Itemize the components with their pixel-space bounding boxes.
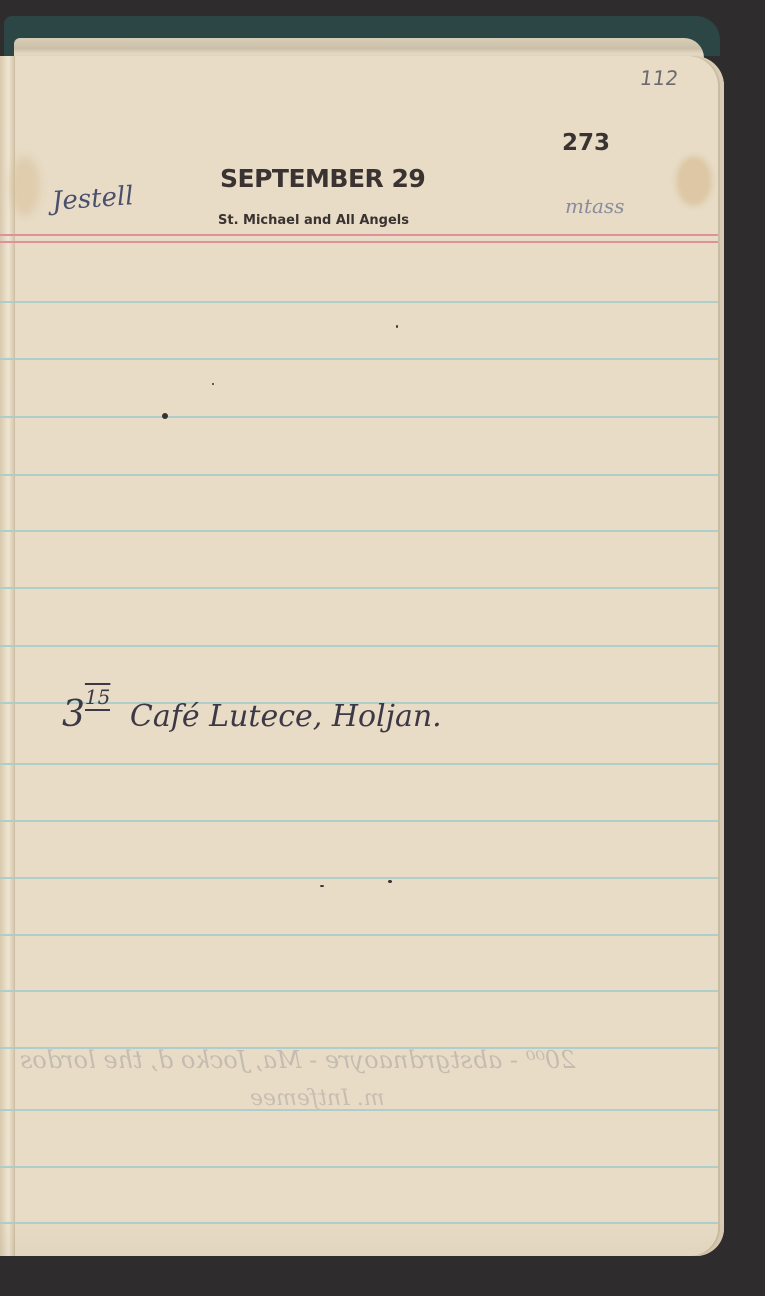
ruled-line [0,763,718,765]
diary-page: 112 273 SEPTEMBER 29 St. Michael and All… [0,56,724,1256]
handwritten-note-top-left: Jestell [51,181,135,217]
ink-speck [396,325,398,328]
printed-page-number: 273 [562,130,610,156]
ruled-line [0,530,718,532]
ruled-line [0,358,718,360]
entry-time-minutes: 15 [85,685,110,711]
ruled-line [0,934,718,936]
ink-speck [320,885,324,887]
archive-page-number: 112 [638,66,680,90]
diary-entry: 315 Café Lutece, Holjan. [62,694,442,735]
binding-gutter [0,56,15,1256]
feast-day-label: St. Michael and All Angels [218,213,458,228]
entry-text: Café Lutece, Holjan. [130,699,442,734]
paper-stain-left [10,156,40,216]
entry-time-hour: 3 [62,694,85,735]
handwritten-note-top-right: mtass [565,194,624,218]
paper-stain [676,156,712,206]
ink-speck [212,383,214,385]
ink-speck [388,880,392,883]
ruled-line [0,1222,718,1224]
bleed-through-line-1: 20⁰⁰ - abstgrdnaoyre - Ma, Jocko d, the … [20,1046,710,1074]
ruled-line [0,877,718,879]
ink-speck [162,413,168,419]
ruled-line [0,1166,718,1168]
ruled-line [0,301,718,303]
bleed-through-line-2: m. Intfemee [250,1086,385,1111]
ruled-line [0,416,718,418]
ruled-line [0,820,718,822]
ruled-line [0,587,718,589]
ruled-line [0,645,718,647]
ruled-line [0,474,718,476]
header-rule-red [0,234,718,236]
ruled-line [0,990,718,992]
header-rule-red [0,241,718,243]
date-heading: SEPTEMBER 29 [220,164,450,193]
